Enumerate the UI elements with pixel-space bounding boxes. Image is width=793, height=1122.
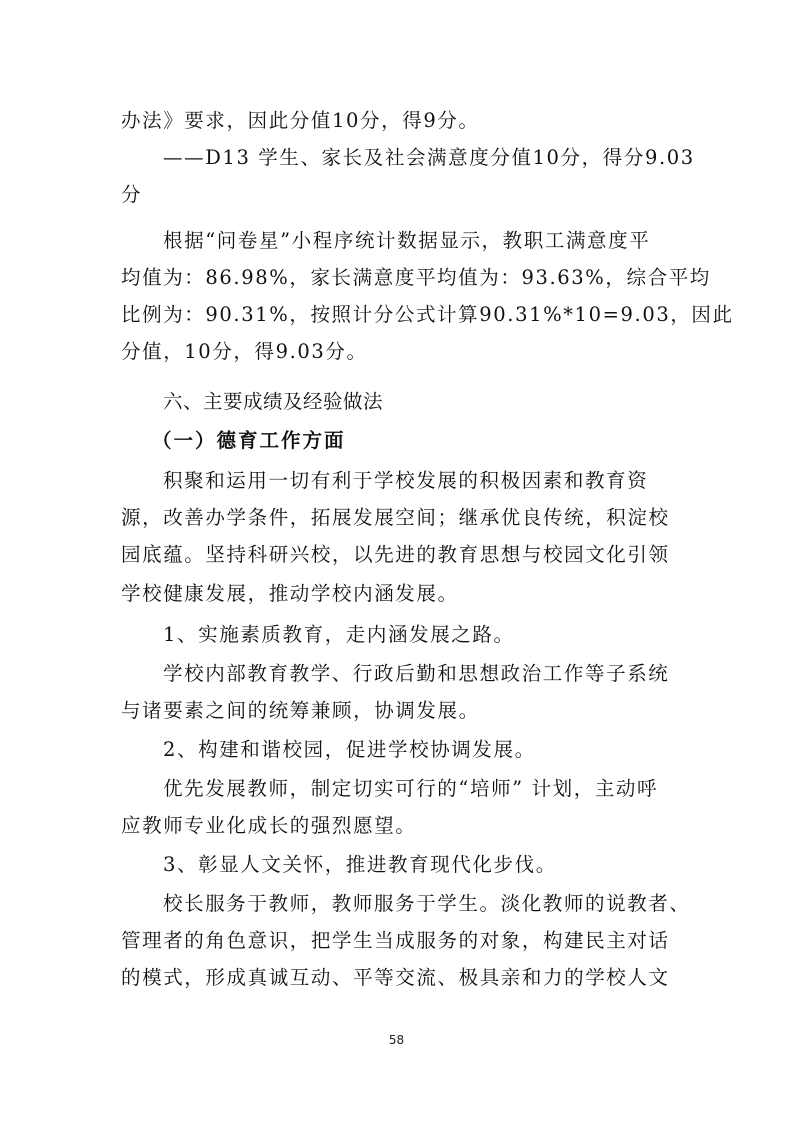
paragraph-line: 根据“问卷星”小程序统计数据显示，教职工满意度平 <box>163 228 723 254</box>
list-item-heading: 2、构建和谐校园，促进学校协调发展。 <box>163 737 723 763</box>
paragraph-line: ——D13 学生、家长及社会满意度分值10分，得分9.03 <box>163 145 723 171</box>
paragraph-line: 积聚和运用一切有利于学校发展的积极因素和教育资 <box>163 468 723 494</box>
paragraph-line: 学校内部教育教学、行政后勤和思想政治工作等子系统 <box>163 661 723 687</box>
paragraph-line: 园底蕴。坚持科研兴校，以先进的教育思想与校园文化引领 <box>121 542 681 568</box>
paragraph-line: 源，改善办学条件，拓展发展空间；继承优良传统，积淀校 <box>121 505 681 531</box>
section-heading: 六、主要成绩及经验做法 <box>163 389 723 415</box>
page-number: 58 <box>0 1033 793 1047</box>
paragraph-line: 的模式，形成真诚互动、平等交流、极具亲和力的学校人文 <box>121 965 681 991</box>
paragraph-line: 分 <box>121 182 681 208</box>
list-item-heading: 1、实施素质教育，走内涵发展之路。 <box>163 622 723 648</box>
paragraph-line: 比例为：90.31%，按照计分公式计算90.31%*10=9.03，因此 <box>121 302 681 328</box>
document-page: 办法》要求，因此分值10分，得9分。 ——D13 学生、家长及社会满意度分值10… <box>0 0 793 1122</box>
paragraph-line: 分值，10分，得9.03分。 <box>121 339 681 365</box>
paragraph-line: 管理者的角色意识，把学生当成服务的对象，构建民主对话 <box>121 928 681 954</box>
list-item-heading: 3、彰显人文关怀，推进教育现代化步伐。 <box>163 852 723 878</box>
paragraph-line: 与诸要素之间的统筹兼顾，协调发展。 <box>121 698 681 724</box>
paragraph-line: 办法》要求，因此分值10分，得9分。 <box>121 108 681 134</box>
paragraph-line: 均值为：86.98%，家长满意度平均值为：93.63%，综合平均 <box>121 265 681 291</box>
paragraph-line: 应教师专业化成长的强烈愿望。 <box>121 813 681 839</box>
paragraph-line: 校长服务于教师，教师服务于学生。淡化教师的说教者、 <box>163 891 723 917</box>
subsection-heading: （一）德育工作方面 <box>152 428 712 454</box>
paragraph-line: 优先发展教师，制定切实可行的“培师” 计划，主动呼 <box>163 776 723 802</box>
paragraph-line: 学校健康发展，推动学校内涵发展。 <box>121 581 681 607</box>
